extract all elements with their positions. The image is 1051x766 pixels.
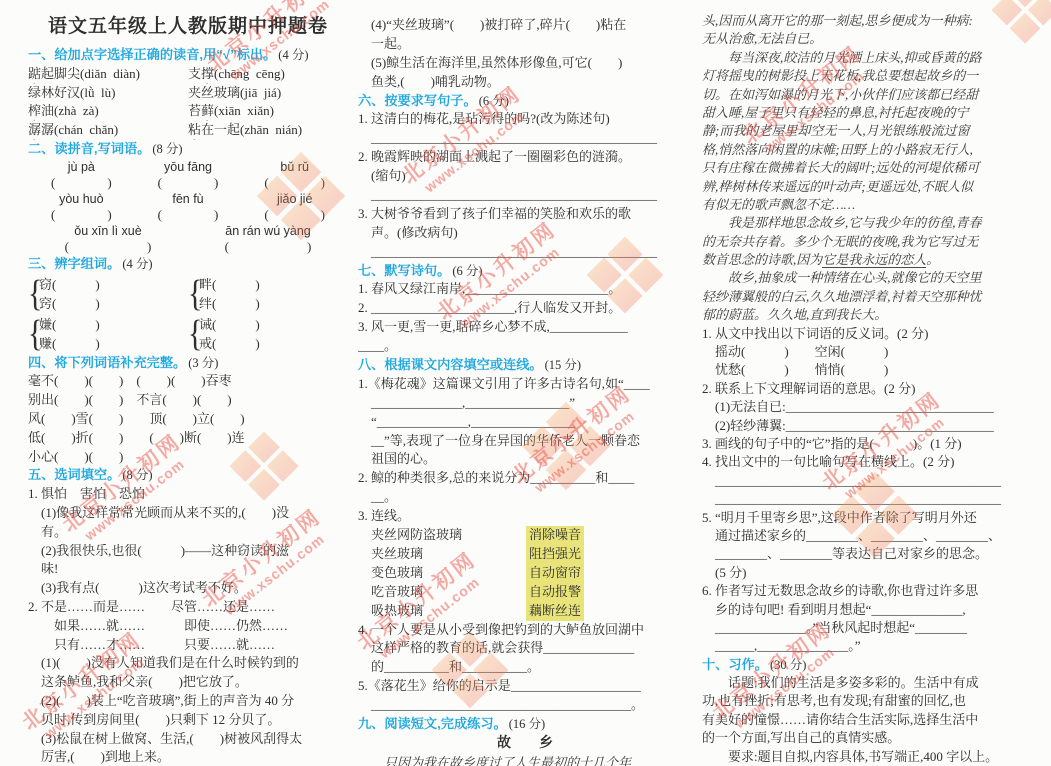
pinyin-cell: yòu huò( ) (28, 191, 135, 223)
answer-bracket: ( ) (28, 207, 135, 223)
word-choice-line: 只有……才…… 只要……就…… (28, 636, 348, 655)
match-left: 吃音玻璃 (358, 583, 526, 602)
text-fill-block-2: 4. 一个人要是从小受到像把钓到的大鲈鱼放回湖中 这样严格的教育的话,就会获得_… (358, 621, 692, 715)
section-title: 一、给加点字选择正确的读音,用“√”标出。 (28, 47, 276, 62)
text: 丝玻璃(jiā jiá) (201, 85, 281, 100)
answer-bracket: ( ) (188, 239, 348, 255)
pair-line: 窍( ) (39, 294, 100, 313)
section-heading-9: 九、阅读短文,完成练习。(16 分) (358, 715, 692, 734)
dotted-char: 粘 (188, 122, 201, 137)
pair-line: 窃( ) (39, 275, 100, 294)
comprehension-question-line: (5 分) (702, 564, 1048, 582)
sentence-task-line: 声。(修改病句) (358, 224, 692, 243)
word-choice-line: 一起。 (358, 35, 692, 54)
word-choice-line: 贝时,传到房间里( )只剩下 12 分贝了。 (28, 711, 348, 730)
section-points: (8 分) (150, 142, 182, 156)
match-left: 夹丝网防盗玻璃 (358, 526, 526, 545)
pinyin: yōu fāng (135, 159, 242, 175)
sentence-task-line: (缩句) (358, 167, 692, 186)
comprehension-question-line: (1)无法自已:________________________________ (702, 398, 1048, 416)
passage-title: 故 乡 (358, 734, 692, 754)
char-pairs-grid: {窃( )窍( ) {畔( )绊( ) {嫌( )赚( ) {诫( )戒( ) (28, 274, 348, 354)
text-fill-line: 2. 鲸的种类很多,总的来说分为__________和____ (358, 469, 692, 488)
text-fill-line: 4. 一个人要是从小受到像把钓到的大鲈鱼放回湖中 (358, 621, 692, 640)
passage-part-2: 故乡,抽象成一种情绪在心头,就像它的天空里轻纱薄翼般的白云,久久地漂浮着,衬着天… (702, 269, 1048, 324)
text-fill-line: ______________,________________” (358, 394, 692, 413)
word-choice-line: 这条鲈鱼,我和父亲( )把它放了。 (28, 673, 348, 692)
answer-bracket: ( ) (241, 175, 348, 191)
pinyin-cell: bǔ rǔ( ) (241, 159, 348, 191)
section-points: (6 分) (477, 94, 509, 108)
section-title: 九、阅读短文,完成练习。 (358, 716, 507, 731)
text-fill-line: “______________,________________ (358, 413, 692, 432)
passage-line: 我是那样地思念故乡,它与我少年的彷徨,青春 (702, 214, 1048, 232)
word-choice-line: (5)鲸生活在海洋里,虽然体形像鱼,可它( ) (358, 54, 692, 73)
section-points: (4 分) (120, 257, 152, 271)
match-right-highlighted: 自动报警 (526, 583, 584, 602)
exam-sheet: { "meta": {"title": "语文五年级上人教版期中押题卷"}, "… (0, 0, 1051, 766)
comprehension-question-line: ______,______________。” (702, 637, 1048, 655)
comprehension-question-line: ________________________________________… (702, 472, 1048, 490)
pinyin-write-row: jù pà( ) yōu fāng( ) bǔ rǔ( ) (28, 159, 348, 191)
passage-line: 郁的蔚蓝。久久地,直到我长大。 (702, 306, 1048, 324)
passage-part-1: 头,因而从离开它的那一刻起,思乡便成为一种病:无从治愈,无法自已。 每当深夜,皎… (702, 12, 1048, 251)
pinyin: jiǎo jié (241, 191, 348, 207)
passage-line: 灯将摇曳的树影投上天花板,我总要想起故乡的一 (702, 67, 1048, 85)
composition-line: 的一个方面,写出自己的真情实感。 (702, 729, 1048, 747)
pinyin: ān rán wú yàng (188, 223, 348, 239)
text: 数首思念的诗歌,因为 (702, 252, 822, 267)
matching-exercise: 夹丝网防盗玻璃消除噪音 夹丝玻璃阻挡强光 变色玻璃自动窗帘 吃音玻璃自动报警 吸… (358, 526, 692, 620)
text: 。 (926, 252, 939, 267)
dotted-char: 撑 (201, 66, 214, 81)
pinyin-choice-item: 粘在一起(zhān nián) (188, 121, 348, 140)
pinyin-choice-item: 绿林好汉(lǜ lù) (28, 84, 188, 103)
passage-first-line: 只因为我在故乡度过了人生最初的十几个年 (358, 754, 692, 766)
idiom-fill-line: 别出( )( ) 不言( )( ) (28, 391, 348, 410)
idiom-fill-line: 毫不( )( ) ( )( )吞枣 (28, 372, 348, 391)
section-heading-6: 六、按要求写句子。(6 分) (358, 92, 692, 111)
column-2: (4)“夹丝玻璃”( )被打碎了,碎片( )粘在 一起。 (5)鲸生活在海洋里,… (358, 0, 692, 766)
poem-line: 2. ______________________,行人临发又开封。 (358, 299, 692, 318)
text-fill-line: __。 (358, 488, 692, 507)
text: 起脚尖(diǎn diàn) (41, 66, 140, 81)
pinyin-choice-item: 潺潺(chán chǎn) (28, 121, 188, 140)
passage-line: 切。在如泻如瀑的月光下,小伙伴们应该都已经甜 (702, 86, 1048, 104)
section-title: 五、选词填空。 (28, 467, 120, 482)
passage-line: 甜入睡,屋子里只有轻轻的鼻息,衬托起夜晚的宁 (702, 104, 1048, 122)
section-heading-8: 八、根据课文内容填空或连线。(15 分) (358, 356, 692, 375)
word-choice-line: 厉害,( )到地上来。 (28, 748, 348, 766)
word-choice-continued: (4)“夹丝玻璃”( )被打碎了,碎片( )粘在 一起。 (5)鲸生活在海洋里,… (358, 16, 692, 92)
text: 支 (188, 66, 201, 81)
comprehension-question-line: 摇动( ) 空闲( ) (702, 343, 1048, 361)
comprehension-question-line: 乡的诗句吧! 看到明月想起“______________, (702, 601, 1048, 619)
section-title: 十、习作。 (702, 657, 768, 672)
passage-line: 格,悄然落向闲置的床帷;田野上的小路寂无行人, (702, 141, 1048, 159)
word-choice-line: 1. 惧怕 害怕 恐怕 (28, 485, 348, 504)
section-title: 七、默写诗句。 (358, 263, 450, 278)
passage-line: 静;而我的老屋里却空无一人,月光银练般流过窗 (702, 122, 1048, 140)
sentence-task-block: 1. 这清白的梅花,是玷污得的吗?(改为陈述句) _______________… (358, 110, 692, 261)
section-heading-10: 十、习作。(30 分) (702, 656, 1048, 674)
section-title: 八、根据课文内容填空或连线。 (358, 357, 543, 372)
text-fill-block: 1.《梅花魂》这篇课文引用了许多古诗名句,如“____ ____________… (358, 375, 692, 526)
answer-bracket: ( ) (28, 175, 135, 191)
match-row: 吸热玻璃藕断丝连 (358, 602, 692, 621)
section-heading-5: 五、选词填空。(8 分) (28, 466, 348, 485)
pinyin-write-row: ǒu xīn lì xuè( ) ān rán wú yàng( ) (28, 223, 348, 255)
idiom-fill-block: 毫不( )( ) ( )( )吞枣别出( )( ) 不言( )( )风( )雪(… (28, 372, 348, 466)
word-choice-line: 有。 (28, 523, 348, 542)
text: 在一起(zhān nián) (201, 122, 302, 137)
dotted-char: 踮 (28, 66, 41, 81)
section-points: (8 分) (120, 468, 152, 482)
pinyin: jù pà (28, 159, 135, 175)
section-title: 四、将下列词语补充完整。 (28, 355, 186, 370)
pinyin-cell: fēn fù( ) (135, 191, 242, 223)
answer-bracket: ( ) (135, 175, 242, 191)
section-points: (4 分) (276, 48, 308, 62)
answer-bracket: ( ) (241, 207, 348, 223)
text-fill-line: 祖国的心。 (358, 450, 692, 469)
section-points: (6 分) (450, 264, 482, 278)
pair-line: 畔( ) (199, 275, 260, 294)
pinyin-write-row: yòu huò( ) fēn fù( ) jiǎo jié( ) (28, 191, 348, 223)
sentence-task-line: ________________________________________… (358, 129, 692, 148)
comprehension-question-line: 1. 从文中找出以下词语的反义词。(2 分) (702, 325, 1048, 343)
word-choice-line: (2)( )装上“吃音玻璃”,街上的声音为 40 分 (28, 692, 348, 711)
word-choice-line: 鱼类,( )哺乳动物。 (358, 73, 692, 92)
composition-line: 功,也有挫折;有思考,也有发现;有甜蜜的回忆,也 (702, 692, 1048, 710)
idiom-fill-line: 低( )折( ) ( )断( )连 (28, 429, 348, 448)
match-right-highlighted: 阻挡强光 (526, 545, 584, 564)
passage-line: 只有庄稼在微拂着长大的阔叶;远处的河堤依稀可 (702, 159, 1048, 177)
comprehension-question-line: 4. 找出文中的一句比喻句写在横线上。(2 分) (702, 453, 1048, 471)
section-title: 六、按要求写句子。 (358, 93, 477, 108)
comprehension-question-line: ________________________________________… (702, 490, 1048, 508)
pinyin-choice-item: 夹丝玻璃(jiā jiá) (188, 84, 348, 103)
passage-line: 每当深夜,皎洁的月光洒上床头,抑或昏黄的路 (702, 49, 1048, 67)
pinyin-choice-item: 踮起脚尖(diǎn diàn) (28, 65, 188, 84)
comprehension-question-line: 通过描述家乡的________、________、________、 (702, 527, 1048, 545)
match-left: 夹丝玻璃 (358, 545, 526, 564)
passage-line: 的无奈共存着。多少个无眠的夜晚,我为它写过无 (702, 233, 1048, 251)
sentence-task-line: 2. 晚霞辉映的湖面上溅起了一圈圈彩色的涟漪。 (358, 148, 692, 167)
column-1: 语文五年级上人教版期中押题卷 一、给加点字选择正确的读音,用“√”标出。(4 分… (28, 0, 348, 766)
comprehension-question-line: 5. “明月千里寄乡思”,这段中作者除了写明月外还 (702, 509, 1048, 527)
text-fill-line: 的__________和__________。 (358, 658, 692, 677)
text-fill-line: __”等,表现了一位身在异国的华侨老人一颗眷恋 (358, 432, 692, 451)
comprehension-question-line: 忧愁( ) 悄悄( ) (702, 361, 1048, 379)
text: 油(zhà zà) (41, 103, 99, 118)
comprehension-questions: 1. 从文中找出以下词语的反义词。(2 分) 摇动( ) 空闲( ) 忧愁( )… (702, 325, 1048, 656)
dotted-char: 藓 (201, 103, 214, 118)
pinyin-cell: jiǎo jié( ) (241, 191, 348, 223)
passage-line: 有似无的歌声飘忽不定…… (702, 196, 1048, 214)
dotted-char: 潺 (28, 122, 41, 137)
pair-line: 诫( ) (199, 315, 260, 334)
word-choice-line: 如果……就…… 即使……仍然…… (28, 617, 348, 636)
underlined-text: 它是我永远的恋人 (822, 252, 926, 268)
pinyin-cell: ān rán wú yàng( ) (188, 223, 348, 255)
sentence-task-line: ________________________________________… (358, 186, 692, 205)
pinyin-cell: jù pà( ) (28, 159, 135, 191)
passage-line: 故乡,抽象成一种情绪在心头,就像它的天空里 (702, 269, 1048, 287)
pinyin-choice-list: 踮起脚尖(diǎn diàn) 支撑(chēng cēng) 绿林好汉(lǜ l… (28, 65, 348, 140)
pinyin: bǔ rǔ (241, 159, 348, 175)
underlined-sentence-line: 数首思念的诗歌,因为它是我永远的恋人。 (702, 251, 1048, 269)
poem-line: 1. 春风又绿江南岸,______________________。 (358, 280, 692, 299)
poem-line: 3. 风一更,雪一更,聒碎乡心梦不成,____________ (358, 318, 692, 337)
comprehension-question-line: (2)轻纱薄翼:________________________________ (702, 417, 1048, 435)
passage-line: 头,因而从离开它的那一刻起,思乡便成为一种病: (702, 12, 1048, 30)
text-fill-line: 5.《落花生》给你的启示是____________________ (358, 677, 692, 696)
composition-line: 有美好的憧憬……请你结合生活实际,选择生活中 (702, 711, 1048, 729)
brace-glyph: { (28, 309, 39, 359)
pinyin-cell: ǒu xīn lì xuè( ) (28, 223, 188, 255)
passage-line: 辨,桦树林传来遥远的叶动声;更遥远处,不眠人似 (702, 178, 1048, 196)
idiom-fill-line: 小心( )( ) (28, 448, 348, 467)
comprehension-question-line: 2. 联系上下文理解词语的意思。(2 分) (702, 380, 1048, 398)
char-pair: {畔( )绊( ) (188, 274, 348, 314)
text-fill-line: 1.《梅花魂》这篇课文引用了许多古诗名句,如“____ (358, 375, 692, 394)
match-right-highlighted: 自动窗帘 (526, 564, 584, 583)
column-3: 头,因而从离开它的那一刻起,思乡便成为一种病:无从治愈,无法自已。 每当深夜,皎… (702, 0, 1048, 766)
text: (chēng cēng) (214, 66, 285, 81)
sentence-task-line: 1. 这清白的梅花,是玷污得的吗?(改为陈述句) (358, 110, 692, 129)
pair-line: 绊( ) (199, 294, 260, 313)
idiom-fill-line: 风( )雪( ) 顶( )立( ) (28, 410, 348, 429)
comprehension-question-line: ________、________等表达自己对家乡的思念。 (702, 545, 1048, 563)
word-choice-line: (4)“夹丝玻璃”( )被打碎了,碎片( )粘在 (358, 16, 692, 35)
word-choice-line: (1)( )没有人知道我们是在什么时候钓到的 (28, 654, 348, 673)
word-choice-line: (3)松鼠在树上做窝、生活,( )树被风刮得太 (28, 730, 348, 749)
pair-line: 戒( ) (199, 334, 260, 353)
dotted-char: 绿 (28, 85, 41, 100)
match-row: 夹丝玻璃阻挡强光 (358, 545, 692, 564)
word-choice-line: 2. 不是……而是…… 尽管……还是…… (28, 598, 348, 617)
section-heading-7: 七、默写诗句。(6 分) (358, 262, 692, 281)
page-title: 语文五年级上人教版期中押题卷 (28, 12, 348, 42)
pinyin-choice-item: 苔藓(xiān xiǎn) (188, 102, 348, 121)
sentence-task-line: 3. 大树爷爷看到了孩子们幸福的笑脸和欢乐的歌 (358, 205, 692, 224)
section-heading-2: 二、读拼音,写词语。(8 分) (28, 140, 348, 159)
section-points: (30 分) (768, 658, 806, 672)
word-choice-line: (3)我有点( )这次考试考不好。 (28, 579, 348, 598)
match-right-highlighted: 藕断丝连 (526, 602, 584, 621)
composition-line: 要求:题目自拟,内容具体,书写端正,400 字以上。 (702, 748, 1048, 766)
pair-line: 赚( ) (39, 334, 100, 353)
match-left: 变色玻璃 (358, 564, 526, 583)
pinyin: ǒu xīn lì xuè (28, 223, 188, 239)
section-heading-1: 一、给加点字选择正确的读音,用“√”标出。(4 分) (28, 46, 348, 65)
text: 林好汉(lǜ lù) (41, 85, 115, 100)
poem-line: ____。 (358, 337, 692, 356)
text-fill-line: 这样严格的教育的话,就会获得______________ (358, 639, 692, 658)
poem-block: 1. 春风又绿江南岸,______________________。2. ___… (358, 280, 692, 356)
section-title: 三、辨字组词。 (28, 256, 120, 271)
dotted-char: 夹 (188, 85, 201, 100)
text-fill-line: 3. 连线。 (358, 507, 692, 526)
dotted-char: 榨 (28, 103, 41, 118)
answer-bracket: ( ) (135, 207, 242, 223)
answer-bracket: ( ) (28, 239, 188, 255)
match-row: 变色玻璃自动窗帘 (358, 564, 692, 583)
passage-line: 无从治愈,无法自已。 (702, 30, 1048, 48)
char-pair: {诫( )戒( ) (188, 314, 348, 354)
comprehension-question-line: 3. 画线的句子中的“它”指的是( )。(1 分) (702, 435, 1048, 453)
section-points: (16 分) (507, 717, 545, 731)
brace-glyph: { (188, 309, 199, 359)
section-title: 二、读拼音,写词语。 (28, 141, 150, 156)
text-fill-line: ________________________________________… (358, 696, 692, 715)
pair-line: 嫌( ) (39, 315, 100, 334)
sentence-task-line: ________________________________________… (358, 243, 692, 262)
match-right-highlighted: 消除噪音 (526, 526, 584, 545)
section-points: (15 分) (543, 358, 581, 372)
pinyin: fēn fù (135, 191, 242, 207)
match-left: 吸热玻璃 (358, 602, 526, 621)
word-choice-line: 味! (28, 560, 348, 579)
word-choice-line: (2)我很快乐,也很( )——这种窃读的滋 (28, 542, 348, 561)
text: (xiān xiǎn) (214, 103, 274, 118)
text: 潺(chán chǎn) (41, 122, 118, 137)
char-pair: {嫌( )赚( ) (28, 314, 188, 354)
text: 苔 (188, 103, 201, 118)
word-choice-block: 1. 惧怕 害怕 恐怕 (1)像我这样常常光顾而从来不买的,( )没 有。 (2… (28, 485, 348, 766)
match-row: 夹丝网防盗玻璃消除噪音 (358, 526, 692, 545)
composition-block: 话题:我们的生活是多姿多彩的。生活中有成功,也有挫折;有思考,也有发现;有甜蜜的… (702, 674, 1048, 766)
word-choice-line: (1)像我这样常常光顾而从来不买的,( )没 (28, 504, 348, 523)
pinyin-cell: yōu fāng( ) (135, 159, 242, 191)
pinyin: yòu huò (28, 191, 135, 207)
composition-line: 话题:我们的生活是多姿多彩的。生活中有成 (702, 674, 1048, 692)
pinyin-choice-item: 支撑(chēng cēng) (188, 65, 348, 84)
char-pair: {窃( )窍( ) (28, 274, 188, 314)
pinyin-choice-item: 榨油(zhà zà) (28, 102, 188, 121)
passage-line: 轻纱薄翼般的白云,久久地漂浮着,衬着天空那种忧 (702, 288, 1048, 306)
comprehension-question-line: ______________。”当秋风起时想起“________ (702, 619, 1048, 637)
match-row: 吃音玻璃自动报警 (358, 583, 692, 602)
comprehension-question-line: 6. 作者写过无数思念故乡的诗歌,你也背过许多思 (702, 582, 1048, 600)
